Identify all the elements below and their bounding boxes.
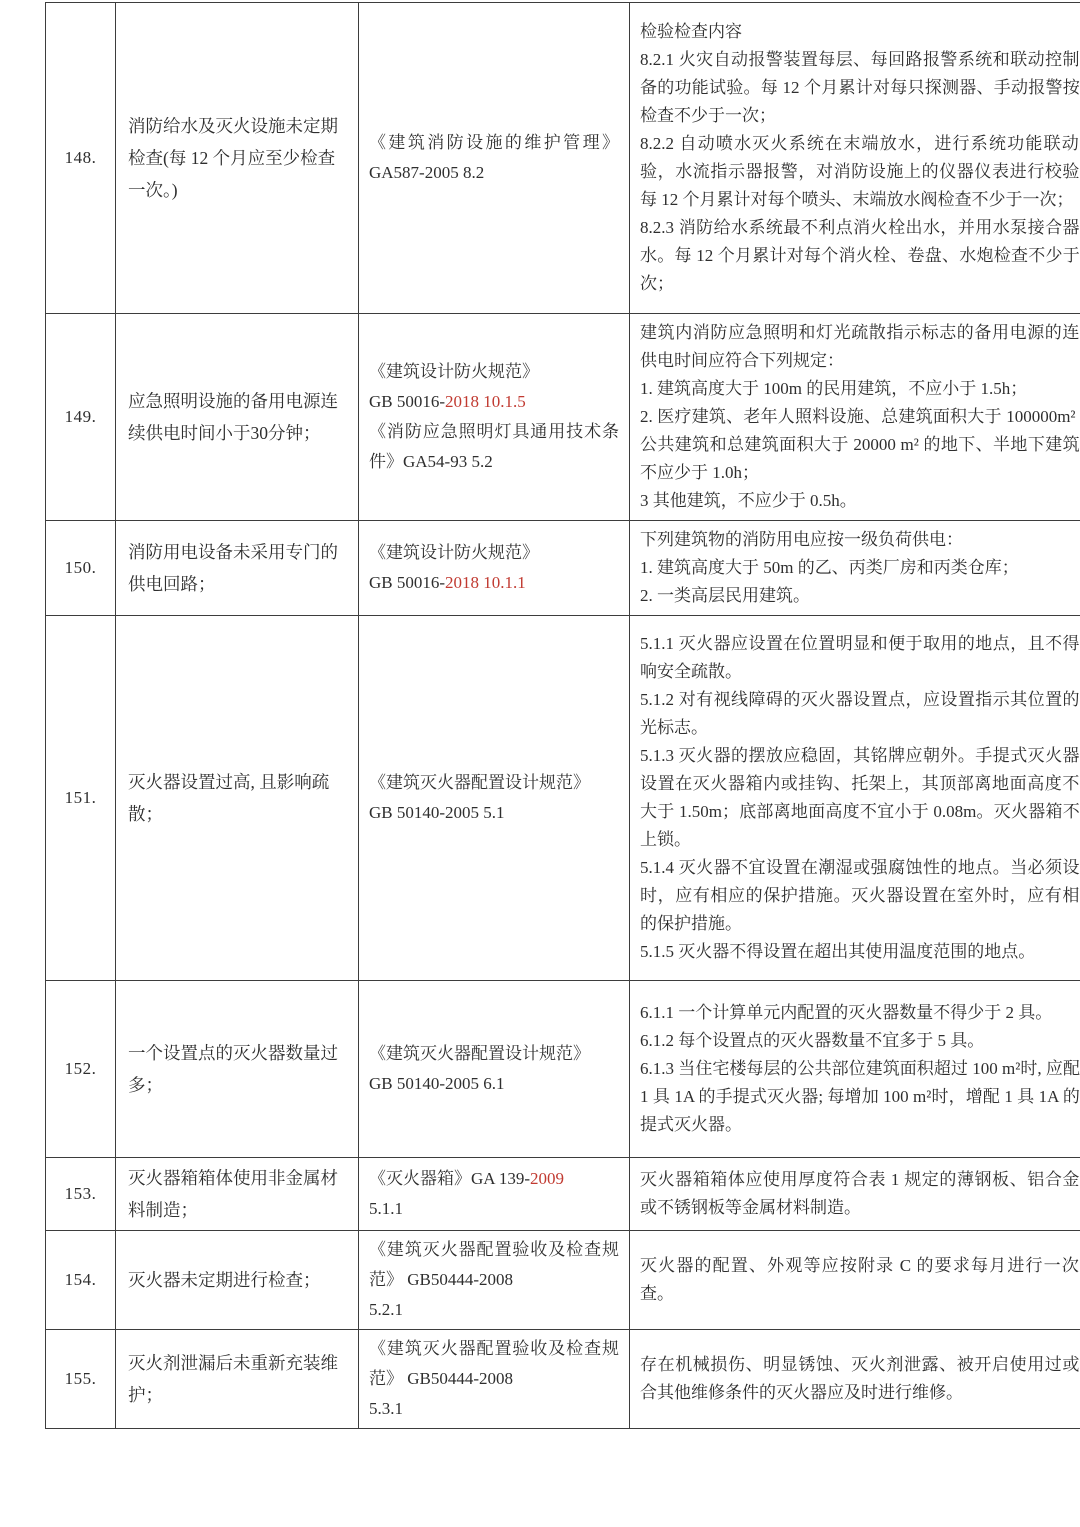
issue-cell: 灭火器未定期进行检查； — [116, 1231, 359, 1330]
requirement-paragraph: 2. 医疗建筑、老年人照料设施、总建筑面积大于 100000m² 的公共建筑和总… — [640, 403, 1080, 487]
row-number: 151. — [65, 788, 97, 807]
standard-reference-cell: 《建筑灭火器配置验收及检查规范》 GB50444-20085.2.1 — [359, 1231, 630, 1330]
standard-reference-cell: 《建筑灭火器配置设计规范》GB 50140-2005 6.1 — [359, 981, 630, 1158]
requirement-paragraph: 3 其他建筑，不应少于 0.5h。 — [640, 487, 1080, 515]
row-number: 150. — [65, 558, 97, 577]
row-number: 148. — [65, 148, 97, 167]
ref-edition-red-text: 10.1.5 — [483, 392, 526, 411]
issue-cell: 应急照明设施的备用电源连续供电时间小于30分钟； — [116, 314, 359, 521]
issue-text: 消防给水及灭火设施未定期检查(每 12 个月应至少检查一次。) — [128, 116, 338, 200]
requirement-paragraph: 检验检查内容 — [640, 18, 1080, 46]
ref-text: 《建筑灭火器配置验收及检查规范》 GB50444-2008 — [369, 1240, 619, 1289]
requirement-paragraph: 5.1.5 灭火器不得设置在超出其使用温度范围的地点。 — [640, 938, 1080, 966]
ref-text: 5.2.1 — [369, 1300, 403, 1319]
standard-reference-cell: 《建筑设计防火规范》GB 50016-2018 10.1.5《消防应急照明灯具通… — [359, 314, 630, 521]
table-row: 150.消防用电设备未采用专门的供电回路；《建筑设计防火规范》GB 50016-… — [46, 521, 1080, 616]
requirement-cell: 灭火器的配置、外观等应按附录 C 的要求每月进行一次检查。 — [630, 1231, 1080, 1330]
ref-text: GB 50140-2005 5.1 — [369, 803, 505, 822]
inspection-checklist-table: 148.消防给水及灭火设施未定期检查(每 12 个月应至少检查一次。)《建筑消防… — [45, 2, 1080, 1429]
row-number: 155. — [65, 1369, 97, 1388]
table-row: 152.一个设置点的灭火器数量过多；《建筑灭火器配置设计规范》GB 50140-… — [46, 981, 1080, 1158]
document-page: 148.消防给水及灭火设施未定期检查(每 12 个月应至少检查一次。)《建筑消防… — [0, 0, 1080, 1527]
requirement-cell: 存在机械损伤、明显锈蚀、灭火剂泄露、被开启使用过或符合其他维修条件的灭火器应及时… — [630, 1330, 1080, 1429]
standard-reference-cell: 《灭火器箱》GA 139-20095.1.1 — [359, 1158, 630, 1231]
requirement-paragraph: 6.1.2 每个设置点的灭火器数量不宜多于 5 具。 — [640, 1027, 1080, 1055]
requirement-paragraph: 存在机械损伤、明显锈蚀、灭火剂泄露、被开启使用过或符合其他维修条件的灭火器应及时… — [640, 1351, 1080, 1407]
ref-edition-red-text: 2009 — [530, 1169, 564, 1188]
ref-text: GB 50016- — [369, 573, 445, 592]
row-number-cell: 149. — [46, 314, 116, 521]
requirement-paragraph: 灭火器的配置、外观等应按附录 C 的要求每月进行一次检查。 — [640, 1252, 1080, 1308]
issue-text: 应急照明设施的备用电源连续供电时间小于30分钟； — [128, 391, 338, 443]
row-number: 152. — [65, 1059, 97, 1078]
requirement-paragraph: 2. 一类高层民用建筑。 — [640, 582, 1080, 610]
row-number-cell: 150. — [46, 521, 116, 616]
ref-text: 《建筑灭火器配置设计规范》 — [369, 1044, 590, 1063]
row-number-cell: 153. — [46, 1158, 116, 1231]
row-number-cell: 151. — [46, 616, 116, 981]
requirement-cell: 检验检查内容8.2.1 火灾自动报警装置每层、每回路报警系统和联动控制设备的功能… — [630, 3, 1080, 314]
requirement-paragraph: 1. 建筑高度大于 50m 的乙、丙类厂房和丙类仓库； — [640, 554, 1080, 582]
issue-text: 灭火剂泄漏后未重新充装维护； — [128, 1353, 338, 1405]
requirement-paragraph: 5.1.1 灭火器应设置在位置明显和便于取用的地点，且不得影响安全疏散。 — [640, 630, 1080, 686]
standard-reference-cell: 《建筑设计防火规范》GB 50016-2018 10.1.1 — [359, 521, 630, 616]
issue-text: 灭火器未定期进行检查； — [128, 1270, 321, 1290]
ref-text: 5.3.1 — [369, 1399, 403, 1418]
issue-cell: 灭火剂泄漏后未重新充装维护； — [116, 1330, 359, 1429]
ref-text: 《建筑灭火器配置设计规范》 — [369, 773, 590, 792]
requirement-cell: 6.1.1 一个计算单元内配置的灭火器数量不得少于 2 具。6.1.2 每个设置… — [630, 981, 1080, 1158]
checklist-table-body: 148.消防给水及灭火设施未定期检查(每 12 个月应至少检查一次。)《建筑消防… — [46, 3, 1080, 1429]
ref-text: 《消防应急照明灯具通用技术条件》GA54-93 5.2 — [369, 422, 619, 471]
requirement-paragraph: 6.1.1 一个计算单元内配置的灭火器数量不得少于 2 具。 — [640, 999, 1080, 1027]
requirement-cell: 灭火器箱箱体应使用厚度符合表 1 规定的薄钢板、铝合金板或不锈钢板等金属材料制造… — [630, 1158, 1080, 1231]
issue-text: 消防用电设备未采用专门的供电回路； — [128, 542, 338, 594]
requirement-paragraph: 5.1.3 灭火器的摆放应稳固，其铭牌应朝外。手提式灭火器宜设置在灭火器箱内或挂… — [640, 742, 1080, 854]
requirement-cell: 建筑内消防应急照明和灯光疏散指示标志的备用电源的连续供电时间应符合下列规定：1.… — [630, 314, 1080, 521]
row-number-cell: 152. — [46, 981, 116, 1158]
ref-edition-red-text: 2018 — [445, 392, 479, 411]
issue-cell: 灭火器箱箱体使用非金属材料制造； — [116, 1158, 359, 1231]
requirement-paragraph: 5.1.2 对有视线障碍的灭火器设置点，应设置指示其位置的发光标志。 — [640, 686, 1080, 742]
row-number-cell: 155. — [46, 1330, 116, 1429]
row-number-cell: 148. — [46, 3, 116, 314]
issue-cell: 灭火器设置过高, 且影响疏散； — [116, 616, 359, 981]
row-number: 149. — [65, 407, 97, 426]
issue-text: 灭火器设置过高, 且影响疏散； — [128, 772, 329, 824]
ref-text: 《建筑设计防火规范》 — [369, 543, 539, 562]
requirement-paragraph: 建筑内消防应急照明和灯光疏散指示标志的备用电源的连续供电时间应符合下列规定： — [640, 319, 1080, 375]
requirement-paragraph: 8.2.1 火灾自动报警装置每层、每回路报警系统和联动控制设备的功能试验。每 1… — [640, 46, 1080, 130]
ref-text: GB 50140-2005 6.1 — [369, 1074, 505, 1093]
table-row: 154.灭火器未定期进行检查；《建筑灭火器配置验收及检查规范》 GB50444-… — [46, 1231, 1080, 1330]
requirement-paragraph: 下列建筑物的消防用电应按一级负荷供电： — [640, 526, 1080, 554]
issue-text: 灭火器箱箱体使用非金属材料制造； — [128, 1168, 338, 1220]
requirement-paragraph: 1. 建筑高度大于 100m 的民用建筑，不应小于 1.5h； — [640, 375, 1080, 403]
issue-cell: 消防给水及灭火设施未定期检查(每 12 个月应至少检查一次。) — [116, 3, 359, 314]
issue-cell: 一个设置点的灭火器数量过多； — [116, 981, 359, 1158]
issue-cell: 消防用电设备未采用专门的供电回路； — [116, 521, 359, 616]
row-number: 154. — [65, 1270, 97, 1289]
ref-text: 5.1.1 — [369, 1199, 403, 1218]
ref-text: 《灭火器箱》GA 139- — [369, 1169, 530, 1188]
requirement-cell: 5.1.1 灭火器应设置在位置明显和便于取用的地点，且不得影响安全疏散。5.1.… — [630, 616, 1080, 981]
ref-text: 《建筑灭火器配置验收及检查规范》 GB50444-2008 — [369, 1339, 619, 1388]
table-row: 153.灭火器箱箱体使用非金属材料制造；《灭火器箱》GA 139-20095.1… — [46, 1158, 1080, 1231]
row-number-cell: 154. — [46, 1231, 116, 1330]
ref-text: 《建筑设计防火规范》 — [369, 362, 539, 381]
requirement-paragraph: 8.2.3 消防给水系统最不利点消火栓出水，并用水泵接合器供水。每 12 个月累… — [640, 214, 1080, 298]
requirement-paragraph: 5.1.4 灭火器不宜设置在潮湿或强腐蚀性的地点。当必须设置时，应有相应的保护措… — [640, 854, 1080, 938]
requirement-cell: 下列建筑物的消防用电应按一级负荷供电：1. 建筑高度大于 50m 的乙、丙类厂房… — [630, 521, 1080, 616]
requirement-paragraph: 灭火器箱箱体应使用厚度符合表 1 规定的薄钢板、铝合金板或不锈钢板等金属材料制造… — [640, 1166, 1080, 1222]
issue-text: 一个设置点的灭火器数量过多； — [128, 1043, 338, 1095]
ref-text: 《建筑消防设施的维护管理》GA587-2005 8.2 — [369, 133, 619, 182]
standard-reference-cell: 《建筑灭火器配置设计规范》GB 50140-2005 5.1 — [359, 616, 630, 981]
standard-reference-cell: 《建筑消防设施的维护管理》GA587-2005 8.2 — [359, 3, 630, 314]
requirement-paragraph: 8.2.2 自动喷水灭火系统在末端放水，进行系统功能联动试验，水流指示器报警，对… — [640, 130, 1080, 214]
table-row: 155.灭火剂泄漏后未重新充装维护；《建筑灭火器配置验收及检查规范》 GB504… — [46, 1330, 1080, 1429]
ref-edition-red-text: 10.1.1 — [483, 573, 526, 592]
row-number: 153. — [65, 1184, 97, 1203]
ref-edition-red-text: 2018 — [445, 573, 479, 592]
standard-reference-cell: 《建筑灭火器配置验收及检查规范》 GB50444-20085.3.1 — [359, 1330, 630, 1429]
table-row: 149.应急照明设施的备用电源连续供电时间小于30分钟；《建筑设计防火规范》GB… — [46, 314, 1080, 521]
ref-text: GB 50016- — [369, 392, 445, 411]
requirement-paragraph: 6.1.3 当住宅楼每层的公共部位建筑面积超过 100 m²时, 应配置 1 具… — [640, 1055, 1080, 1139]
table-row: 148.消防给水及灭火设施未定期检查(每 12 个月应至少检查一次。)《建筑消防… — [46, 3, 1080, 314]
table-row: 151.灭火器设置过高, 且影响疏散；《建筑灭火器配置设计规范》GB 50140… — [46, 616, 1080, 981]
